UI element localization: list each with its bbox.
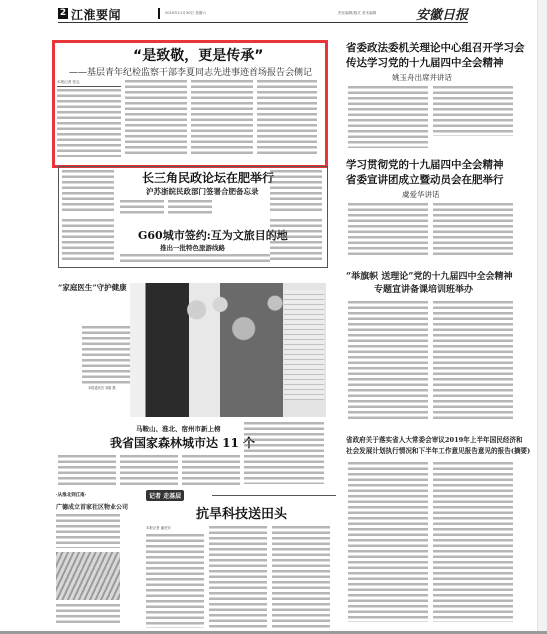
article-lecture-group[interactable]: 学习贯彻党的十九届四中全会精神 省委宣讲团成立暨动员会在肥举行 虞爱华讲话 (346, 157, 516, 255)
article-body-col3 (270, 219, 322, 263)
article-training-class[interactable]: “举旗帜 送理论”党的十九届四中全会精神 专题宣讲备课培训班举办 (346, 265, 516, 425)
article-body-col2 (120, 254, 270, 262)
article-body-col1 (348, 462, 428, 622)
article-political-legal-study[interactable]: 省委政法委机关理论中心组召开学习会 传达学习党的十九届四中全会精神 姚玉舟出席并… (346, 40, 516, 152)
photo-caption (82, 326, 132, 384)
article-body-col2 (209, 526, 267, 628)
article-g60-cities[interactable]: G60城市签约:互为文旅目的地 推出一批特色旅游线路 (60, 218, 324, 264)
article-subtitle: 推出一批特色旅游线路 (160, 243, 225, 252)
article-headline[interactable]: 抗旱科技送田头 (196, 503, 287, 522)
article-guangde-property[interactable]: ·从淮北到江南· 广德成立首家社区物业公司 (56, 492, 120, 632)
greenhouse-photo (56, 552, 120, 600)
article-body-col1 (348, 86, 428, 148)
article-subtitle: 姚玉舟出席并讲话 (392, 72, 452, 83)
article-headline[interactable]: 长三角民政论坛在肥举行 (142, 169, 274, 186)
article-subtitle: 沪苏浙皖民政部门签署合肥备忘录 (146, 186, 259, 197)
page-number: 2 (58, 8, 68, 19)
article-body-col4 (270, 170, 322, 214)
article-government-report[interactable]: 省政府关于落实省人大常委会审议2019年上半年国民经济和 社会发展计划执行情况和… (346, 434, 516, 624)
article-body-col2 (433, 301, 513, 421)
article-headline[interactable]: G60城市签约:互为文旅目的地 (138, 227, 288, 243)
article-headline[interactable]: 学习贯彻党的十九届四中全会精神 (346, 157, 504, 172)
article-yrd-forum[interactable]: 长三角民政论坛在肥举行 沪苏浙皖民政部门签署合肥备忘录 (60, 168, 324, 216)
article-drought-tech[interactable]: 记者 走基层 抗旱科技送田头 本报记者 潘虎安 (146, 490, 336, 630)
article-body-col3 (272, 526, 330, 628)
section-divider (158, 8, 160, 19)
article-body-col1 (62, 170, 114, 214)
article-headline-line2[interactable]: 省委宣讲团成立暨动员会在肥举行 (346, 172, 504, 187)
article-body-col2 (433, 86, 513, 136)
article-body-col1 (146, 534, 204, 628)
article-headline[interactable]: 我省国家森林城市达 11 个 (110, 434, 255, 451)
article-subtitle: 虞爱华讲话 (402, 189, 440, 200)
article-body-col1 (62, 219, 114, 263)
issue-date: 2019年11月30日 星期六 (165, 11, 206, 16)
section-name: 江淮要闻 (71, 6, 121, 23)
article-headline-line2[interactable]: 专题宣讲备课培训班举办 (374, 282, 473, 295)
newspaper-logo: 安徽日报 (416, 4, 468, 23)
poster-board (284, 290, 324, 400)
selection-highlight (52, 40, 328, 168)
article-body-col3 (182, 455, 240, 485)
badge-rule (212, 495, 336, 496)
article-body-col2 (433, 462, 513, 622)
article-headline[interactable]: 省政府关于落实省人大常委会审议2019年上半年国民经济和 (346, 434, 523, 444)
article-body-col2 (120, 455, 178, 485)
photo-story-title[interactable]: “家庭医生”守护健康 (58, 282, 127, 293)
article-body-col1 (58, 455, 116, 485)
article-body-col1 (348, 203, 428, 255)
article-headline[interactable]: 广德成立首家社区物业公司 (56, 502, 128, 511)
article-headline-line2[interactable]: 社会发展计划执行情况和下半年工作意见报告意见的报告(摘要) (346, 445, 530, 455)
article-headline-line2[interactable]: 传达学习党的十九届四中全会精神 (346, 55, 504, 70)
editors-credit: 责任编辑/版式 美术编辑 (338, 11, 376, 16)
article-body (56, 514, 120, 548)
article-body-col2 (433, 203, 513, 255)
article-body-col3 (168, 200, 212, 214)
article-body-col1 (348, 301, 428, 421)
article-forest-cities[interactable]: 马鞍山、淮北、宿州市新上榜 我省国家森林城市达 11 个 (56, 420, 326, 488)
reporter-badge: 记者 走基层 (146, 490, 184, 501)
page-masthead: 2 江淮要闻 2019年11月30日 星期六 责任编辑/版式 美术编辑 安徽日报 (58, 6, 468, 23)
column-kicker: ·从淮北到江南· (56, 492, 86, 498)
article-headline[interactable]: “举旗帜 送理论”党的十九届四中全会精神 (346, 269, 513, 282)
article-headline[interactable]: 省委政法委机关理论中心组召开学习会 (346, 40, 525, 55)
newspaper-page: 2 江淮要闻 2019年11月30日 星期六 责任编辑/版式 美术编辑 安徽日报… (0, 0, 547, 634)
article-byline: 本报记者 潘虎安 (146, 526, 202, 532)
article-body-col2 (120, 200, 164, 214)
article-kicker: 马鞍山、淮北、宿州市新上榜 (136, 424, 221, 433)
article-body-col4 (244, 422, 324, 484)
photo-caption (56, 604, 120, 624)
vertical-scrollbar[interactable] (537, 0, 547, 634)
